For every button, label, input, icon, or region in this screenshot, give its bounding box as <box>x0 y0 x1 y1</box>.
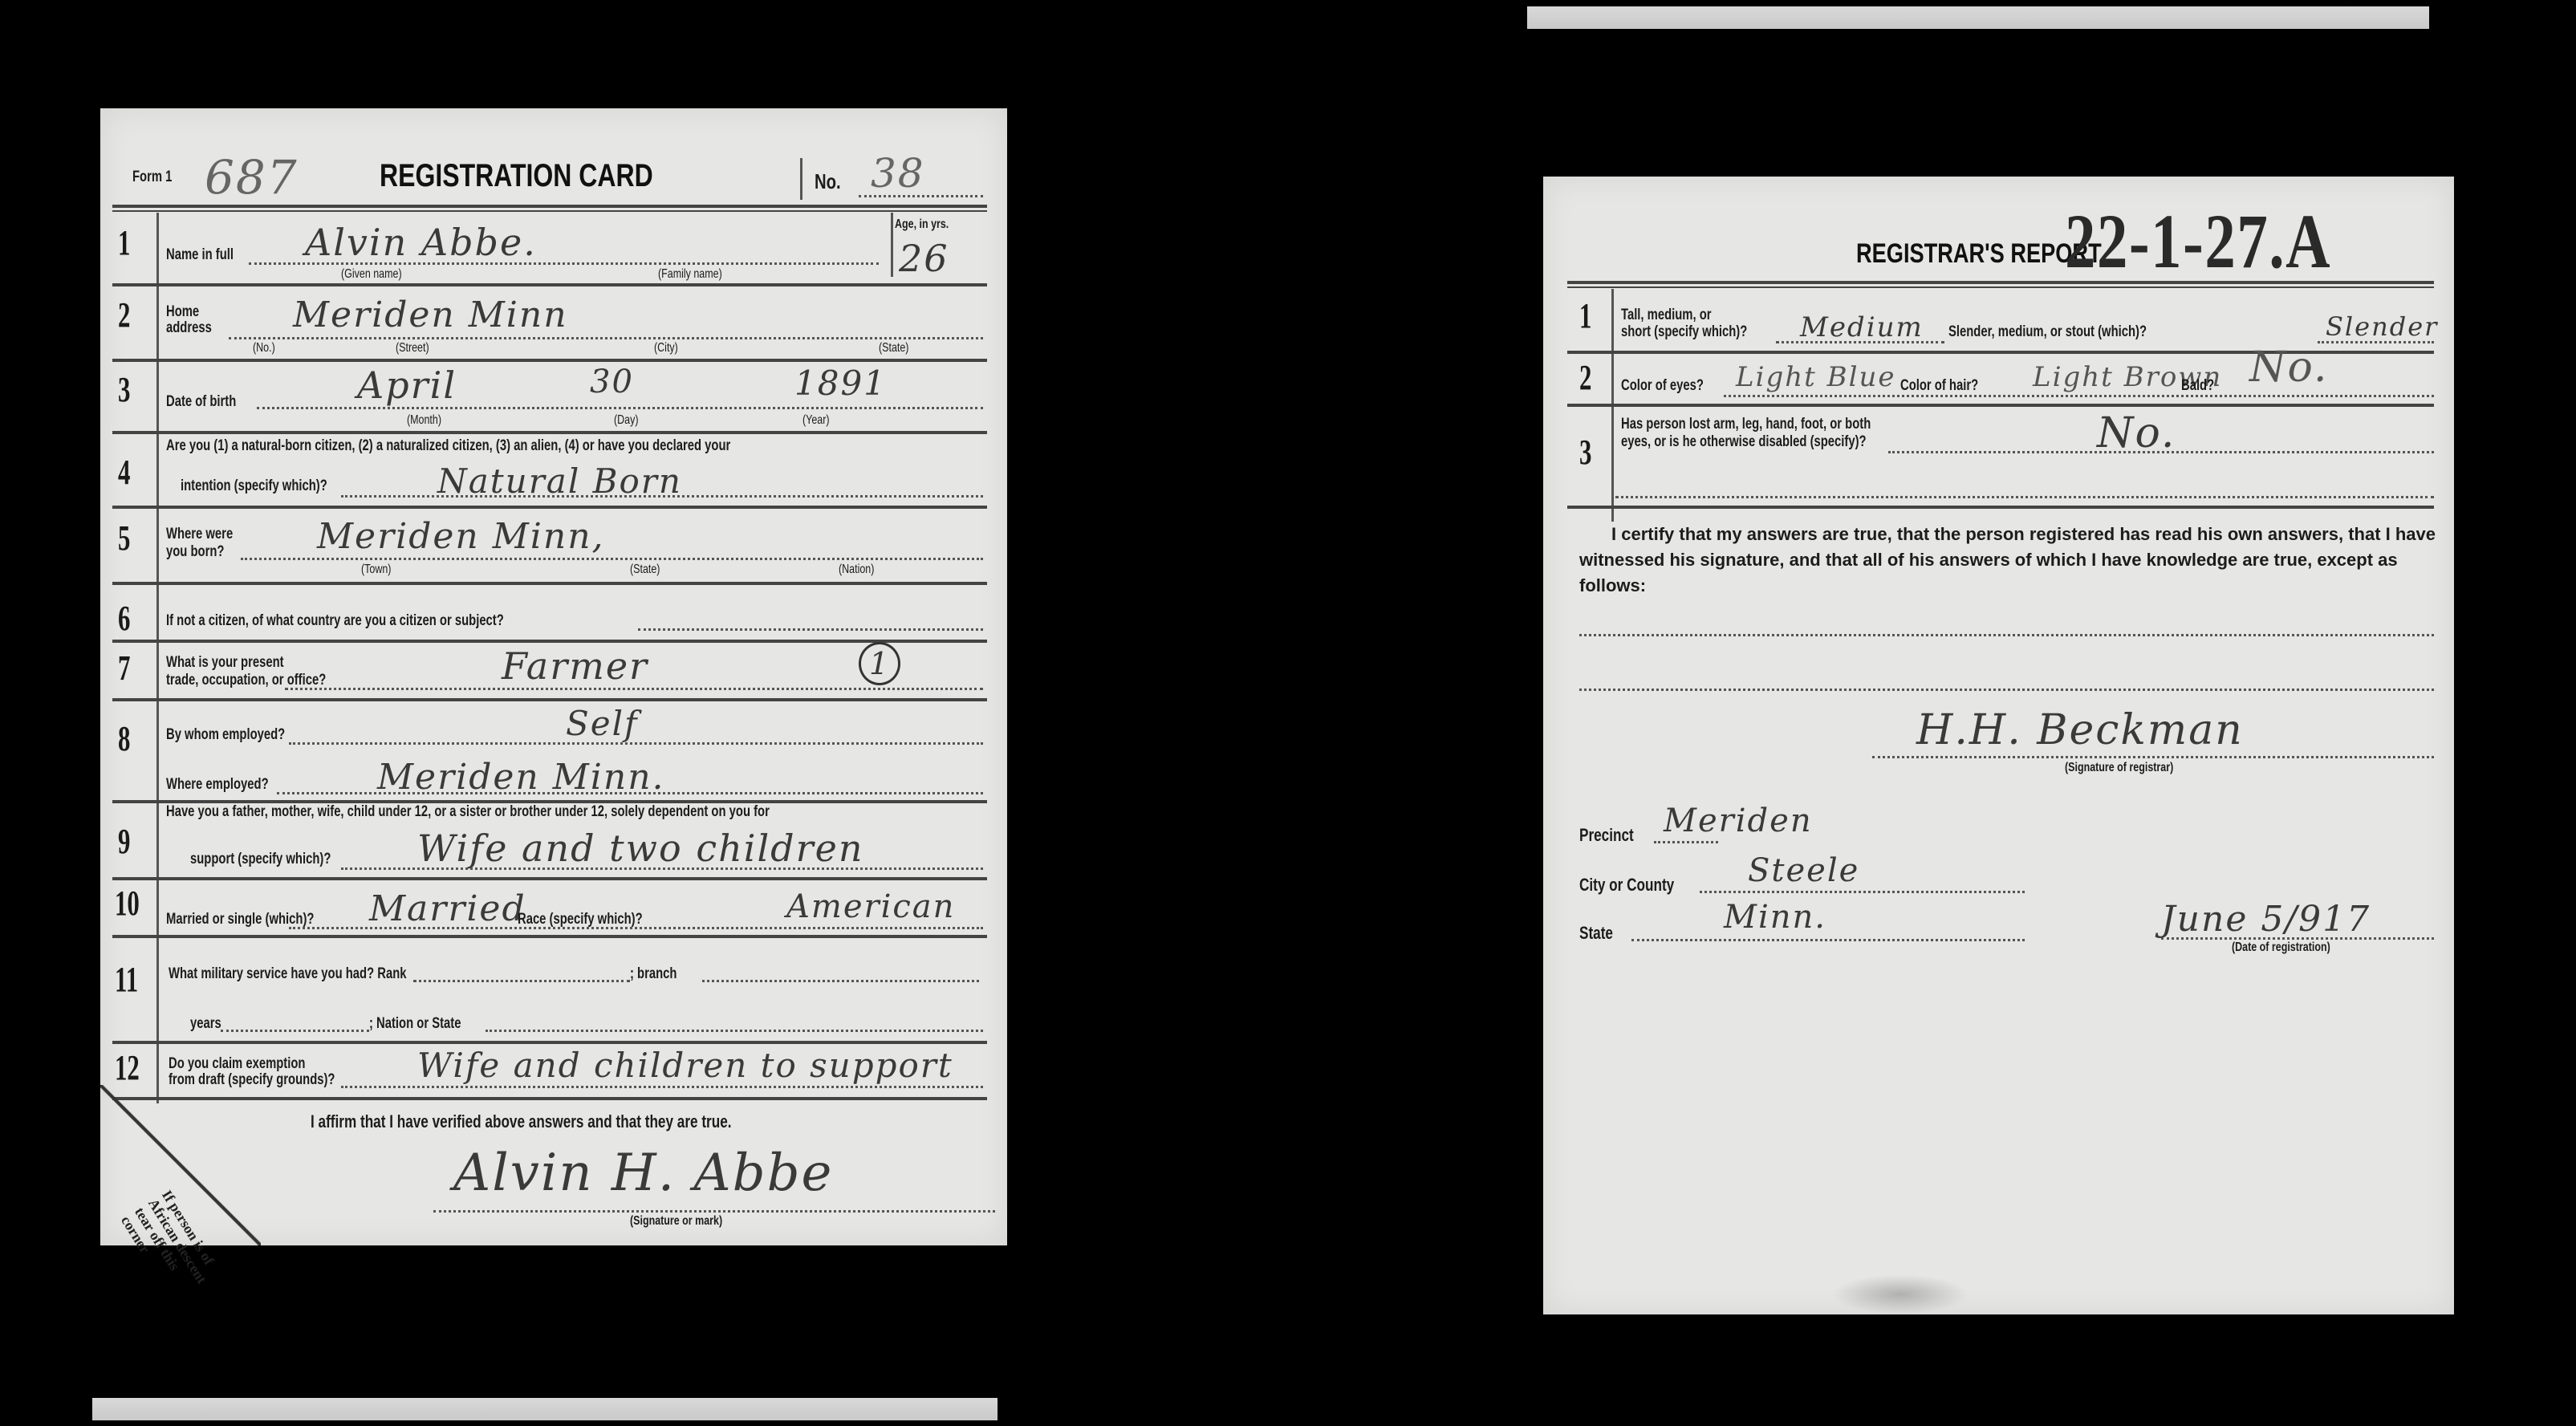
citizen-of-label: If not a citizen, of what country are yo… <box>166 612 504 630</box>
circled-mark: 1 <box>859 642 900 685</box>
height-value[interactable]: Medium <box>1800 311 1924 343</box>
race-label: Race (specify which)? <box>518 911 643 928</box>
row-number-6: 6 <box>118 598 130 639</box>
city-sublabel: (City) <box>654 341 678 355</box>
row-number-2: 2 <box>118 295 130 335</box>
dob-year[interactable]: 1891 <box>794 364 887 403</box>
family-name-sublabel: (Family name) <box>658 267 722 282</box>
precinct-label: Precinct <box>1579 825 1634 846</box>
county-label: City or County <box>1579 875 1674 896</box>
form-number: 687 <box>205 150 299 205</box>
adjacent-card-edge-top <box>1527 6 2429 29</box>
height-label-2: short (specify which)? <box>1621 323 1747 341</box>
dependents-question: Have you a father, mother, wife, child u… <box>166 803 770 821</box>
registrars-report-card: REGISTRAR'S REPORT 22-1-27.A 1 Tall, med… <box>1543 177 2454 1314</box>
employer-label: By whom employed? <box>166 726 285 744</box>
precinct-value[interactable]: Meriden <box>1664 802 1813 839</box>
home-address-label-1: Home <box>166 303 199 321</box>
report-row-number-3: 3 <box>1579 432 1591 473</box>
military-branch-label: ; branch <box>630 965 677 983</box>
exemption-label-1: Do you claim exemption <box>169 1055 305 1073</box>
row-number-8: 8 <box>118 718 130 759</box>
birthplace-value[interactable]: Meriden Minn, <box>317 516 605 557</box>
home-address-label-2: address <box>166 319 212 337</box>
occupation-label-1: What is your present <box>166 654 284 672</box>
marital-value[interactable]: Married <box>369 888 526 929</box>
registrar-signature: H.H. Beckman <box>1916 706 2244 754</box>
build-value[interactable]: Slender <box>2326 311 2438 342</box>
row-number-12: 12 <box>115 1047 140 1088</box>
dependents-value[interactable]: Wife and two children <box>417 827 863 870</box>
serial-stamp: 22-1-27.A <box>2065 197 2331 286</box>
bald-value[interactable]: No. <box>2249 343 2328 392</box>
registrant-signature: Alvin H. Abbe <box>453 1144 833 1203</box>
certification-text: I certify that my answers are true, that… <box>1579 522 2438 599</box>
nation-sublabel: (Nation) <box>839 563 874 577</box>
registrar-signature-label: (Signature of registrar) <box>2065 761 2173 775</box>
state-value[interactable]: Minn. <box>1724 899 1826 936</box>
row-number-1: 1 <box>118 222 130 263</box>
row-number-9: 9 <box>118 821 130 862</box>
row-number-7: 7 <box>118 648 130 689</box>
disability-label-2: eyes, or is he otherwise disabled (speci… <box>1621 433 1867 451</box>
name-label: Name in full <box>166 246 234 264</box>
row-number-10: 10 <box>115 883 140 924</box>
exemption-value[interactable]: Wife and children to support <box>417 1046 953 1085</box>
month-sublabel: (Month) <box>407 413 441 428</box>
disability-value[interactable]: No. <box>2097 409 2176 457</box>
registration-card: Form 1 687 REGISTRATION CARD No. 38 1 Na… <box>100 108 1007 1245</box>
age-label: Age, in yrs. <box>895 217 949 232</box>
state-label: State <box>1579 923 1613 944</box>
signature-label: (Signature or mark) <box>630 1214 722 1229</box>
state-sublabel-5: (State) <box>630 563 660 577</box>
home-address-value[interactable]: Meriden Minn <box>293 295 568 335</box>
military-nation-label: ; Nation or State <box>369 1015 461 1033</box>
tear-off-corner-text: If person is of African descent tear off… <box>118 1188 224 1304</box>
height-label-1: Tall, medium, or <box>1621 307 1712 324</box>
form-label: Form 1 <box>132 169 172 186</box>
occupation-label-2: trade, occupation, or office? <box>166 672 326 689</box>
employment-place-label: Where employed? <box>166 776 269 794</box>
eye-color-value[interactable]: Light Blue <box>1736 361 1895 393</box>
hair-color-label: Color of hair? <box>1900 377 1978 395</box>
dob-day[interactable]: 30 <box>590 364 634 400</box>
row-number-5: 5 <box>118 518 130 559</box>
dob-label: Date of birth <box>166 393 236 411</box>
registration-date[interactable]: June 5/917 <box>2161 899 2371 940</box>
street-sublabel: (Street) <box>396 341 429 355</box>
row-number-4: 4 <box>118 452 130 493</box>
county-value[interactable]: Steele <box>1748 852 1859 889</box>
affirmation-text: I affirm that I have verified above answ… <box>311 1111 732 1132</box>
bald-label: Bald? <box>2181 377 2214 395</box>
adjacent-card-edge-bottom <box>92 1398 997 1420</box>
name-value[interactable]: Alvin Abbe. <box>305 221 537 264</box>
eye-color-label: Color of eyes? <box>1621 377 1704 395</box>
disability-label-1: Has person lost arm, leg, hand, foot, or… <box>1621 416 1871 433</box>
dependents-label: support (specify which)? <box>190 851 331 868</box>
town-sublabel: (Town) <box>361 563 391 577</box>
build-label: Slender, medium, or stout (which)? <box>1948 323 2147 341</box>
year-sublabel: (Year) <box>802 413 830 428</box>
row-number-11: 11 <box>115 959 138 1000</box>
given-name-sublabel: (Given name) <box>341 267 402 282</box>
report-row-number-2: 2 <box>1579 357 1591 398</box>
birthplace-label-1: Where were <box>166 526 233 543</box>
occupation-value[interactable]: Farmer <box>502 644 648 688</box>
citizenship-question: Are you (1) a natural-born citizen, (2) … <box>166 437 730 455</box>
card-no-label: No. <box>815 169 841 194</box>
race-value[interactable]: American <box>786 888 955 925</box>
tear-off-corner: If person is of African descent tear off… <box>100 1085 261 1245</box>
age-value[interactable]: 26 <box>899 237 949 280</box>
military-rank-label: What military service have you had? Rank <box>169 965 407 983</box>
scan-smudge <box>1832 1274 1969 1314</box>
citizenship-label: intention (specify which)? <box>181 477 327 495</box>
state-sublabel: (State) <box>879 341 908 355</box>
report-row-number-1: 1 <box>1579 295 1591 336</box>
dob-month[interactable]: April <box>357 364 457 407</box>
card-no: 38 <box>871 150 925 197</box>
no-sublabel: (No.) <box>253 341 275 355</box>
marital-label: Married or single (which)? <box>166 911 314 928</box>
day-sublabel: (Day) <box>614 413 639 428</box>
employer-value[interactable]: Self <box>566 704 639 743</box>
birthplace-label-2: you born? <box>166 543 224 561</box>
military-years-label: years <box>190 1015 221 1033</box>
card-title: REGISTRATION CARD <box>380 158 653 194</box>
row-number-3: 3 <box>118 369 130 410</box>
registration-date-label: (Date of registration) <box>2232 941 2330 955</box>
